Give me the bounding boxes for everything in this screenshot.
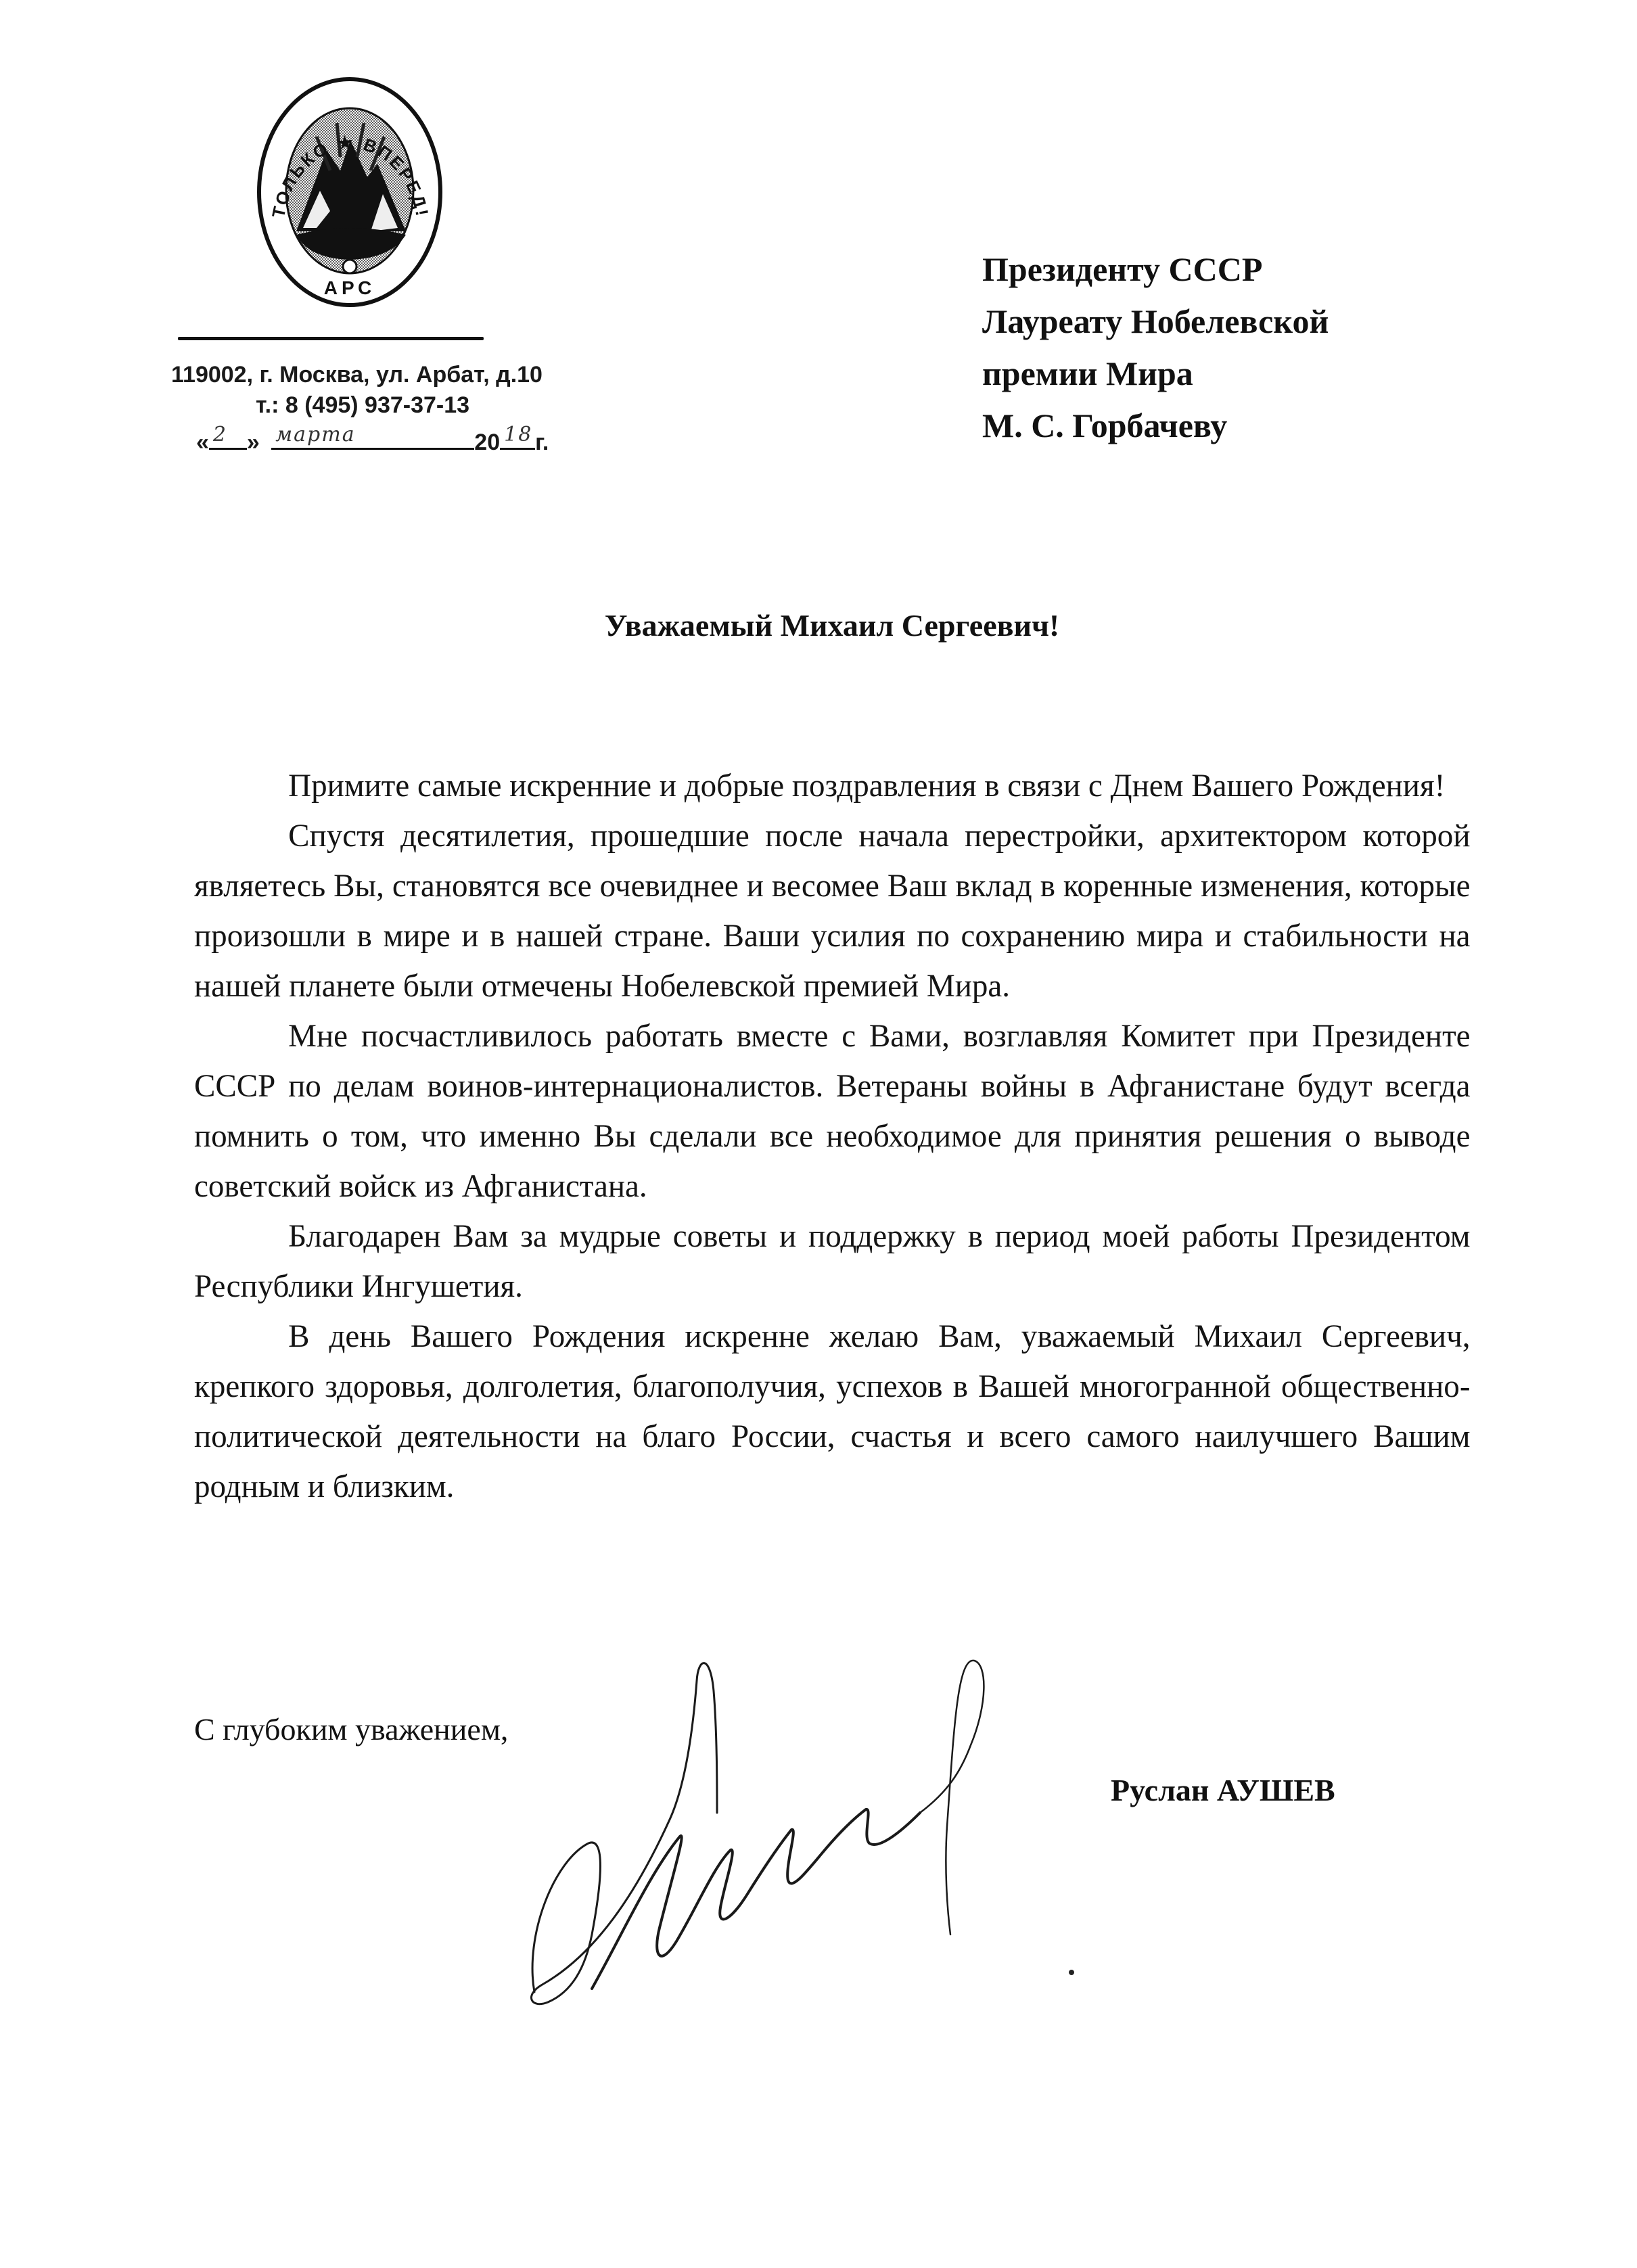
body-paragraph: Мне посчастливилось работать вместе с Ва…	[194, 1011, 1471, 1211]
letter-body: Примите самые искренние и добрые поздрав…	[194, 761, 1471, 1512]
letterhead-divider	[178, 337, 484, 340]
date-day-handwritten: 2	[213, 423, 227, 446]
body-paragraph: В день Вашего Рождения искренне желаю Ва…	[194, 1312, 1471, 1512]
date-month-field: марта	[271, 425, 474, 450]
date-year-prefix: 20	[474, 430, 500, 455]
date-open-quote: «	[196, 430, 209, 455]
date-year-handwritten: 18	[504, 423, 532, 446]
recipient-block: Президенту СССР Лауреату Нобелевской пре…	[982, 244, 1329, 452]
recipient-line: М. С. Горбачеву	[982, 400, 1329, 452]
signature	[514, 1650, 1150, 2016]
recipient-line: Лауреату Нобелевской	[982, 296, 1329, 348]
date-month-handwritten: марта	[275, 423, 355, 446]
handwritten-signature-icon	[514, 1650, 1150, 2016]
body-paragraph: Благодарен Вам за мудрые советы и поддер…	[194, 1211, 1471, 1312]
recipient-line: премии Мира	[982, 348, 1329, 400]
salutation: Уважаемый Михаил Сергеевич!	[0, 607, 1637, 643]
date-close-quote: »	[247, 430, 260, 455]
organization-emblem-logo: ТОЛЬКО ★ ВПЕРЕД! АРС	[256, 76, 444, 308]
body-paragraph: Примите самые искренние и добрые поздрав…	[194, 761, 1471, 811]
date-year-suffix: г.	[535, 430, 549, 455]
recipient-line: Президенту СССР	[982, 244, 1329, 296]
sender-address: 119002, г. Москва, ул. Арбат, д.10	[171, 362, 543, 388]
ink-speck	[1069, 1970, 1074, 1975]
closing-phrase: С глубоким уважением,	[194, 1711, 508, 1747]
letter-date: «2» марта2018г.	[196, 425, 549, 456]
signer-name: Руслан АУШЕВ	[1111, 1772, 1335, 1808]
body-paragraph: Спустя десятилетия, прошедшие после нача…	[194, 811, 1471, 1011]
organization-emblem-icon: ТОЛЬКО ★ ВПЕРЕД! АРС	[256, 76, 444, 308]
svg-text:АРС: АРС	[324, 277, 375, 298]
date-day-field: 2	[209, 425, 247, 450]
sender-phone: т.: 8 (495) 937-37-13	[256, 392, 469, 419]
date-year-field: 18	[500, 425, 535, 450]
